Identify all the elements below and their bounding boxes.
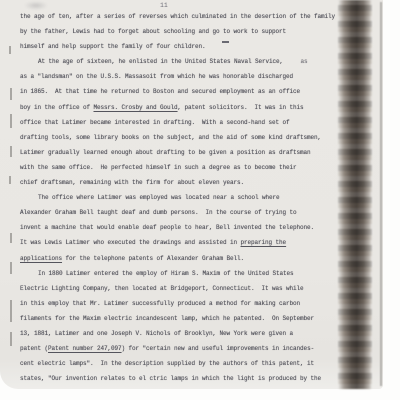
text-segment: patent ( [20, 345, 48, 352]
book-binding-strip [338, 0, 372, 389]
text-segment: by the father, Lewis had to forget about… [20, 28, 286, 35]
text-segment: for the telephone patents of Alexander G… [62, 255, 244, 262]
edge-mark [10, 262, 12, 274]
text-line: Electric Lighting Company, then located … [20, 281, 342, 296]
text-segment: as [301, 58, 308, 65]
edge-mark [10, 146, 12, 157]
text-line: chief draftsman, remaining with the firm… [20, 175, 342, 190]
edge-mark [10, 332, 12, 346]
text-line: It was Lewis Latimer who executed the dr… [20, 235, 342, 250]
text-segment: as a "landsman" on the U.S.S. Massasoit … [20, 73, 293, 80]
text-line: Latimer gradually learned enough about d… [20, 145, 342, 160]
text-segment: in 1865. At that time he returned to Bos… [20, 88, 300, 95]
text-segment: ) for "certain new and useful improvemen… [122, 345, 315, 352]
text-line: with the same office. He perfected himse… [20, 160, 342, 175]
text-segment: in this employ that Mr. Latimer successf… [20, 300, 300, 307]
text-line: in this employ that Mr. Latimer successf… [20, 296, 342, 311]
text-segment: with the same office. He perfected himse… [20, 164, 297, 171]
text-segment: Latimer gradually learned enough about d… [20, 149, 311, 156]
text-line: boy in the office of Messrs. Crosby and … [20, 100, 342, 115]
text-segment: the age of ten, after a series of revers… [20, 13, 335, 20]
text-segment: Electric Lighting Company, then located … [20, 285, 304, 292]
page-edge-line [380, 2, 382, 386]
text-segment: At the age of sixteen, he enlisted in th… [38, 58, 301, 65]
text-segment: Alexander Graham Bell taught deaf and du… [20, 209, 297, 216]
text-line: 13, 1881, Latimer and one Joseph V. Nich… [20, 326, 342, 341]
text-line: the age of ten, after a series of revers… [20, 9, 342, 24]
text-line: drafting tools, some library books on th… [20, 130, 342, 145]
text-line: invent a machine that would enable deaf … [20, 220, 342, 235]
edge-mark [10, 233, 12, 243]
text-line: At the age of sixteen, he enlisted in th… [20, 54, 342, 69]
text-segment: cent electric lamps". In the description… [20, 360, 314, 367]
edge-mark [10, 114, 12, 128]
text-line: states, "Our invention relates to el ctr… [20, 371, 342, 386]
underlined-text: applications [20, 255, 62, 262]
text-segment: states, "Our invention relates to el ctr… [20, 375, 321, 382]
text-segment: 13, 1881, Latimer and one Joseph V. Nich… [20, 330, 293, 337]
text-line: in 1865. At that time he returned to Bos… [20, 84, 342, 99]
text-line: cent electric lamps". In the description… [20, 356, 342, 371]
text-segment: drafting tools, some library books on th… [20, 134, 321, 141]
edge-mark [9, 46, 11, 54]
text-segment: It was Lewis Latimer who executed the dr… [20, 239, 241, 246]
text-line: as a "landsman" on the U.S.S. Massasoit … [20, 69, 342, 84]
text-segment: , patent solicitors. It was in this [178, 104, 304, 111]
edge-mark [10, 300, 12, 322]
text-segment: office that Latimer became interested in… [20, 119, 290, 126]
underlined-text: Patent number 247,097 [48, 345, 122, 352]
text-line: office that Latimer became interested in… [20, 115, 342, 130]
text-line: The office where Latimer was employed wa… [20, 190, 342, 205]
text-line: Alexander Graham Bell taught deaf and du… [20, 205, 342, 220]
text-segment: filaments for the Maxim electric incande… [20, 315, 314, 322]
underlined-text: preparing the [241, 239, 287, 246]
scanned-document-photo: 11 the age of ten, after a series of rev… [0, 0, 400, 400]
text-segment: In 1880 Latimer entered the employ of Hi… [38, 270, 294, 277]
underlined-text: Messrs. Crosby and Gould [94, 104, 178, 111]
typewritten-text-block: the age of ten, after a series of revers… [20, 9, 342, 386]
text-segment: boy in the office of [20, 104, 94, 111]
document-page: 11 the age of ten, after a series of rev… [0, 0, 383, 389]
text-segment: invent a machine that would enable deaf … [20, 224, 314, 231]
text-line: by the father, Lewis had to forget about… [20, 24, 342, 39]
text-line: patent (Patent number 247,097) for "cert… [20, 341, 342, 356]
edge-mark [9, 176, 11, 184]
text-segment: himself and help support the family of f… [20, 43, 206, 50]
text-segment: The office where Latimer was employed wa… [38, 194, 280, 201]
text-line: In 1880 Latimer entered the employ of Hi… [20, 266, 342, 281]
text-line: filaments for the Maxim electric incande… [20, 311, 342, 326]
text-line: himself and help support the family of f… [20, 39, 342, 54]
text-segment: chief draftsman, remaining with the firm… [20, 179, 244, 186]
edge-mark [10, 88, 12, 100]
page-number: 11 [160, 2, 168, 9]
text-line: applications for the telephone patents o… [20, 251, 342, 266]
